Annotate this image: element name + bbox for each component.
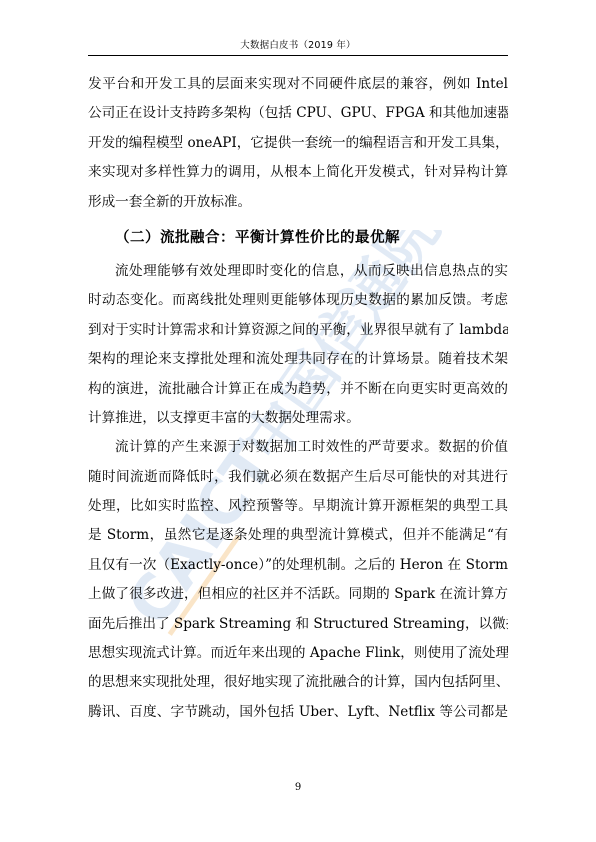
text-line: 随时间流逝而降低时，我们就必须在数据产生后尽可能快的对其进行 (88, 463, 508, 492)
text-line: 面先后推出了 Spark Streaming 和 Structured Stre… (88, 610, 508, 639)
text-line: 发平台和开发工具的层面来实现对不同硬件底层的兼容，例如 Intel (88, 70, 508, 99)
text-line: 公司正在设计支持跨多架构（包括 CPU、GPU、FPGA 和其他加速器） (88, 99, 508, 128)
header-rule (88, 55, 508, 56)
paragraph-continuation: 发平台和开发工具的层面来实现对不同硬件底层的兼容，例如 Intel 公司正在设计… (88, 70, 508, 217)
text-line: 开发的编程模型 oneAPI，它提供一套统一的编程语言和开发工具集， (88, 129, 508, 158)
document-page: 大数据白皮书（2019 年） CAICT 中国信通院 发平台和开发工具的层面来实… (0, 0, 596, 842)
text-line: 形成一套全新的开放标准。 (88, 188, 508, 217)
text-line: 且仅有一次（Exactly-once）”的处理机制。之后的 Heron 在 St… (88, 551, 508, 580)
text-line: 构的演进，流批融合计算正在成为趋势，并不断在向更实时更高效的 (88, 375, 508, 404)
text-line: 上做了很多改进，但相应的社区并不活跃。同期的 Spark 在流计算方 (88, 580, 508, 609)
text-line: 计算推进，以支撑更丰富的大数据处理需求。 (88, 404, 508, 433)
text-line: 处理，比如实时监控、风控预警等。早期流计算开源框架的典型工具 (88, 492, 508, 521)
text-line: 腾讯、百度、字节跳动，国外包括 Uber、Lyft、Netflix 等公司都是 (88, 698, 508, 727)
section-heading: （二）流批融合：平衡计算性价比的最优解 (88, 219, 508, 257)
body-text: 发平台和开发工具的层面来实现对不同硬件底层的兼容，例如 Intel 公司正在设计… (88, 70, 508, 727)
text-line: 的思想来实现批处理，很好地实现了流批融合的计算，国内包括阿里、 (88, 668, 508, 697)
text-line: 流计算的产生来源于对数据加工时效性的严苛要求。数据的价值 (88, 433, 508, 462)
text-line: 是 Storm，虽然它是逐条处理的典型流计算模式，但并不能满足“有 (88, 521, 508, 550)
text-line: 架构的理论来支撑批处理和流处理共同存在的计算场景。随着技术架 (88, 345, 508, 374)
text-line: 来实现对多样性算力的调用，从根本上简化开发模式，针对异构计算 (88, 158, 508, 187)
page-number: 9 (88, 782, 508, 793)
text-line: 流处理能够有效处理即时变化的信息，从而反映出信息热点的实 (88, 257, 508, 286)
text-line: 思想实现流式计算。而近年来出现的 Apache Flink，则使用了流处理 (88, 639, 508, 668)
running-header: 大数据白皮书（2019 年） (88, 40, 508, 52)
text-line: 到对于实时计算需求和计算资源之间的平衡，业界很早就有了 lambda (88, 316, 508, 345)
paragraph-stream-computing: 流计算的产生来源于对数据加工时效性的严苛要求。数据的价值 随时间流逝而降低时，我… (88, 433, 508, 727)
paragraph-stream-batch: 流处理能够有效处理即时变化的信息，从而反映出信息热点的实 时动态变化。而离线批处… (88, 257, 508, 433)
text-line: 时动态变化。而离线批处理则更能够体现历史数据的累加反馈。考虑 (88, 286, 508, 315)
